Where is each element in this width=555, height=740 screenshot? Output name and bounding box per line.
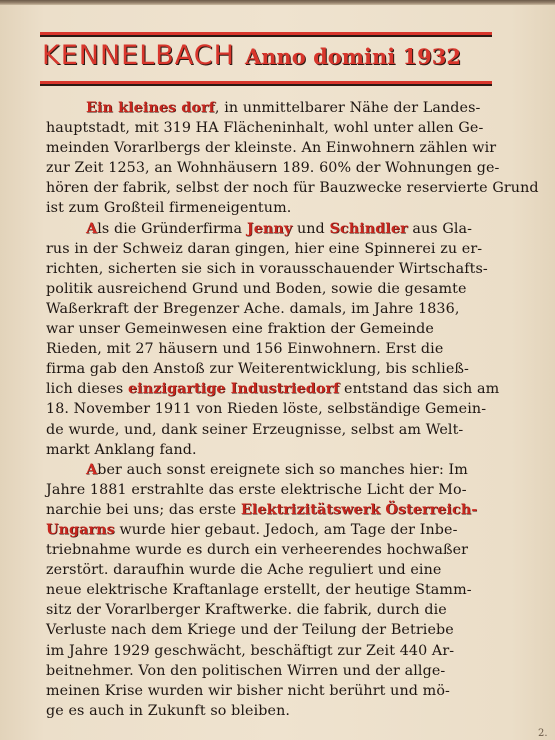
text-line: Als die Gründerfirma Jenny und Schindler… <box>46 219 516 239</box>
text-line: Verluste nach dem Kriege und der Teilung… <box>46 620 516 640</box>
text-line: im Jahre 1929 geschwächt, beschäftigt zu… <box>46 641 516 661</box>
page-number: 2. <box>538 728 548 739</box>
text-line: markt Anklang fand. <box>46 440 516 460</box>
highlight-text: Elektrizitätswerk Österreich- <box>241 502 478 518</box>
text-line: meinden Vorarlbergs der kleinste. An Ein… <box>46 138 516 158</box>
text-line: triebnahme wurde es durch ein verheerend… <box>46 540 516 560</box>
line-text: ber auch sonst ereignete sich so manches… <box>97 462 468 478</box>
highlight-text: Schindler <box>329 221 407 237</box>
text-line: Jahre 1881 erstrahlte das erste elektris… <box>46 480 516 500</box>
text-line: Ungarns wurde hier gebaut. Jedoch, am Ta… <box>46 520 516 540</box>
text-line: zerstört. daraufhin wurde die Ache regul… <box>46 560 516 580</box>
text-line: sitz der Vorarlberger Kraftwerke. die fa… <box>46 600 516 620</box>
paragraph-3: Aber auch sonst ereignete sich so manche… <box>46 460 516 721</box>
line-text: , in unmittelbarer Nähe der Landes- <box>215 100 481 116</box>
text-line: hören der fabrik, selbst der noch für Ba… <box>46 178 516 198</box>
title-rule-top <box>40 32 492 35</box>
title-main: KENNELBACH <box>42 40 235 71</box>
highlight-text: Ungarns <box>46 522 115 538</box>
initial-letter: A <box>86 221 97 237</box>
paragraph-2: Als die Gründerfirma Jenny und Schindler… <box>46 219 516 460</box>
text-line: rus in der Schweiz daran gingen, hier ei… <box>46 239 516 259</box>
highlight-text: Jenny <box>247 221 292 237</box>
text-line: Ein kleines dorf, in unmittelbarer Nähe … <box>46 98 516 118</box>
text-line: beitnehmer. Von den politischen Wirren u… <box>46 661 516 681</box>
text-line: war unser Gemeinwesen eine fraktion der … <box>46 319 516 339</box>
paragraph-1: Ein kleines dorf, in unmittelbarer Nähe … <box>46 98 516 219</box>
initial-letter: A <box>86 462 97 478</box>
line-text: wurde hier gebaut. Jedoch, am Tage der I… <box>115 522 458 538</box>
line-text: narchie bei uns; das erste <box>46 502 241 518</box>
line-text: und <box>292 221 329 237</box>
text-line: 18. November 1911 von Rieden löste, selb… <box>46 399 516 419</box>
text-line: de wurde, und, dank seiner Erzeugnisse, … <box>46 420 516 440</box>
page-title: KENNELBACH Anno domini 1932 <box>42 40 492 78</box>
text-line: ge es auch in Zukunft so bleiben. <box>46 701 516 721</box>
highlight-text: Ein kleines dorf <box>86 100 215 116</box>
text-line: richten, sicherten sie sich in voraussch… <box>46 259 516 279</box>
text-line: hauptstadt, mit 319 HA Flächeninhalt, wo… <box>46 118 516 138</box>
highlight-text: einzigartige Industriedorf <box>128 381 339 397</box>
text-line: narchie bei uns; das erste Elektrizitäts… <box>46 500 516 520</box>
title-rule-bottom <box>40 81 492 84</box>
text-line: Aber auch sonst ereignete sich so manche… <box>46 460 516 480</box>
text-line: firma gab den Anstoß zur Weiterentwicklu… <box>46 359 516 379</box>
text-line: ist zum Großteil firmeneigentum. <box>46 198 516 218</box>
document-page: KENNELBACH Anno domini 1932 Ein kleines … <box>0 0 555 740</box>
text-line: zur Zeit 1253, an Wohnhäusern 189. 60% d… <box>46 158 516 178</box>
text-line: Waßerkraft der Bregenzer Ache. damals, i… <box>46 299 516 319</box>
line-text: lich dieses <box>46 381 128 397</box>
title-sub: Anno domini 1932 <box>245 44 461 69</box>
text-line: politik ausreichend Grund und Boden, sow… <box>46 279 516 299</box>
text-line: meinen Krise wurden wir bisher nicht ber… <box>46 681 516 701</box>
text-line: lich dieses einzigartige Industriedorf e… <box>46 379 516 399</box>
line-text: entstand das sich am <box>339 381 499 397</box>
body-text: Ein kleines dorf, in unmittelbarer Nähe … <box>46 98 516 721</box>
line-text: aus Gla- <box>408 221 472 237</box>
line-text: ls die Gründerfirma <box>97 221 247 237</box>
page-top-edge <box>0 0 555 5</box>
text-line: Rieden, mit 27 häusern und 156 Einwohner… <box>46 339 516 359</box>
text-line: neue elektrische Kraftanlage erstellt, d… <box>46 580 516 600</box>
